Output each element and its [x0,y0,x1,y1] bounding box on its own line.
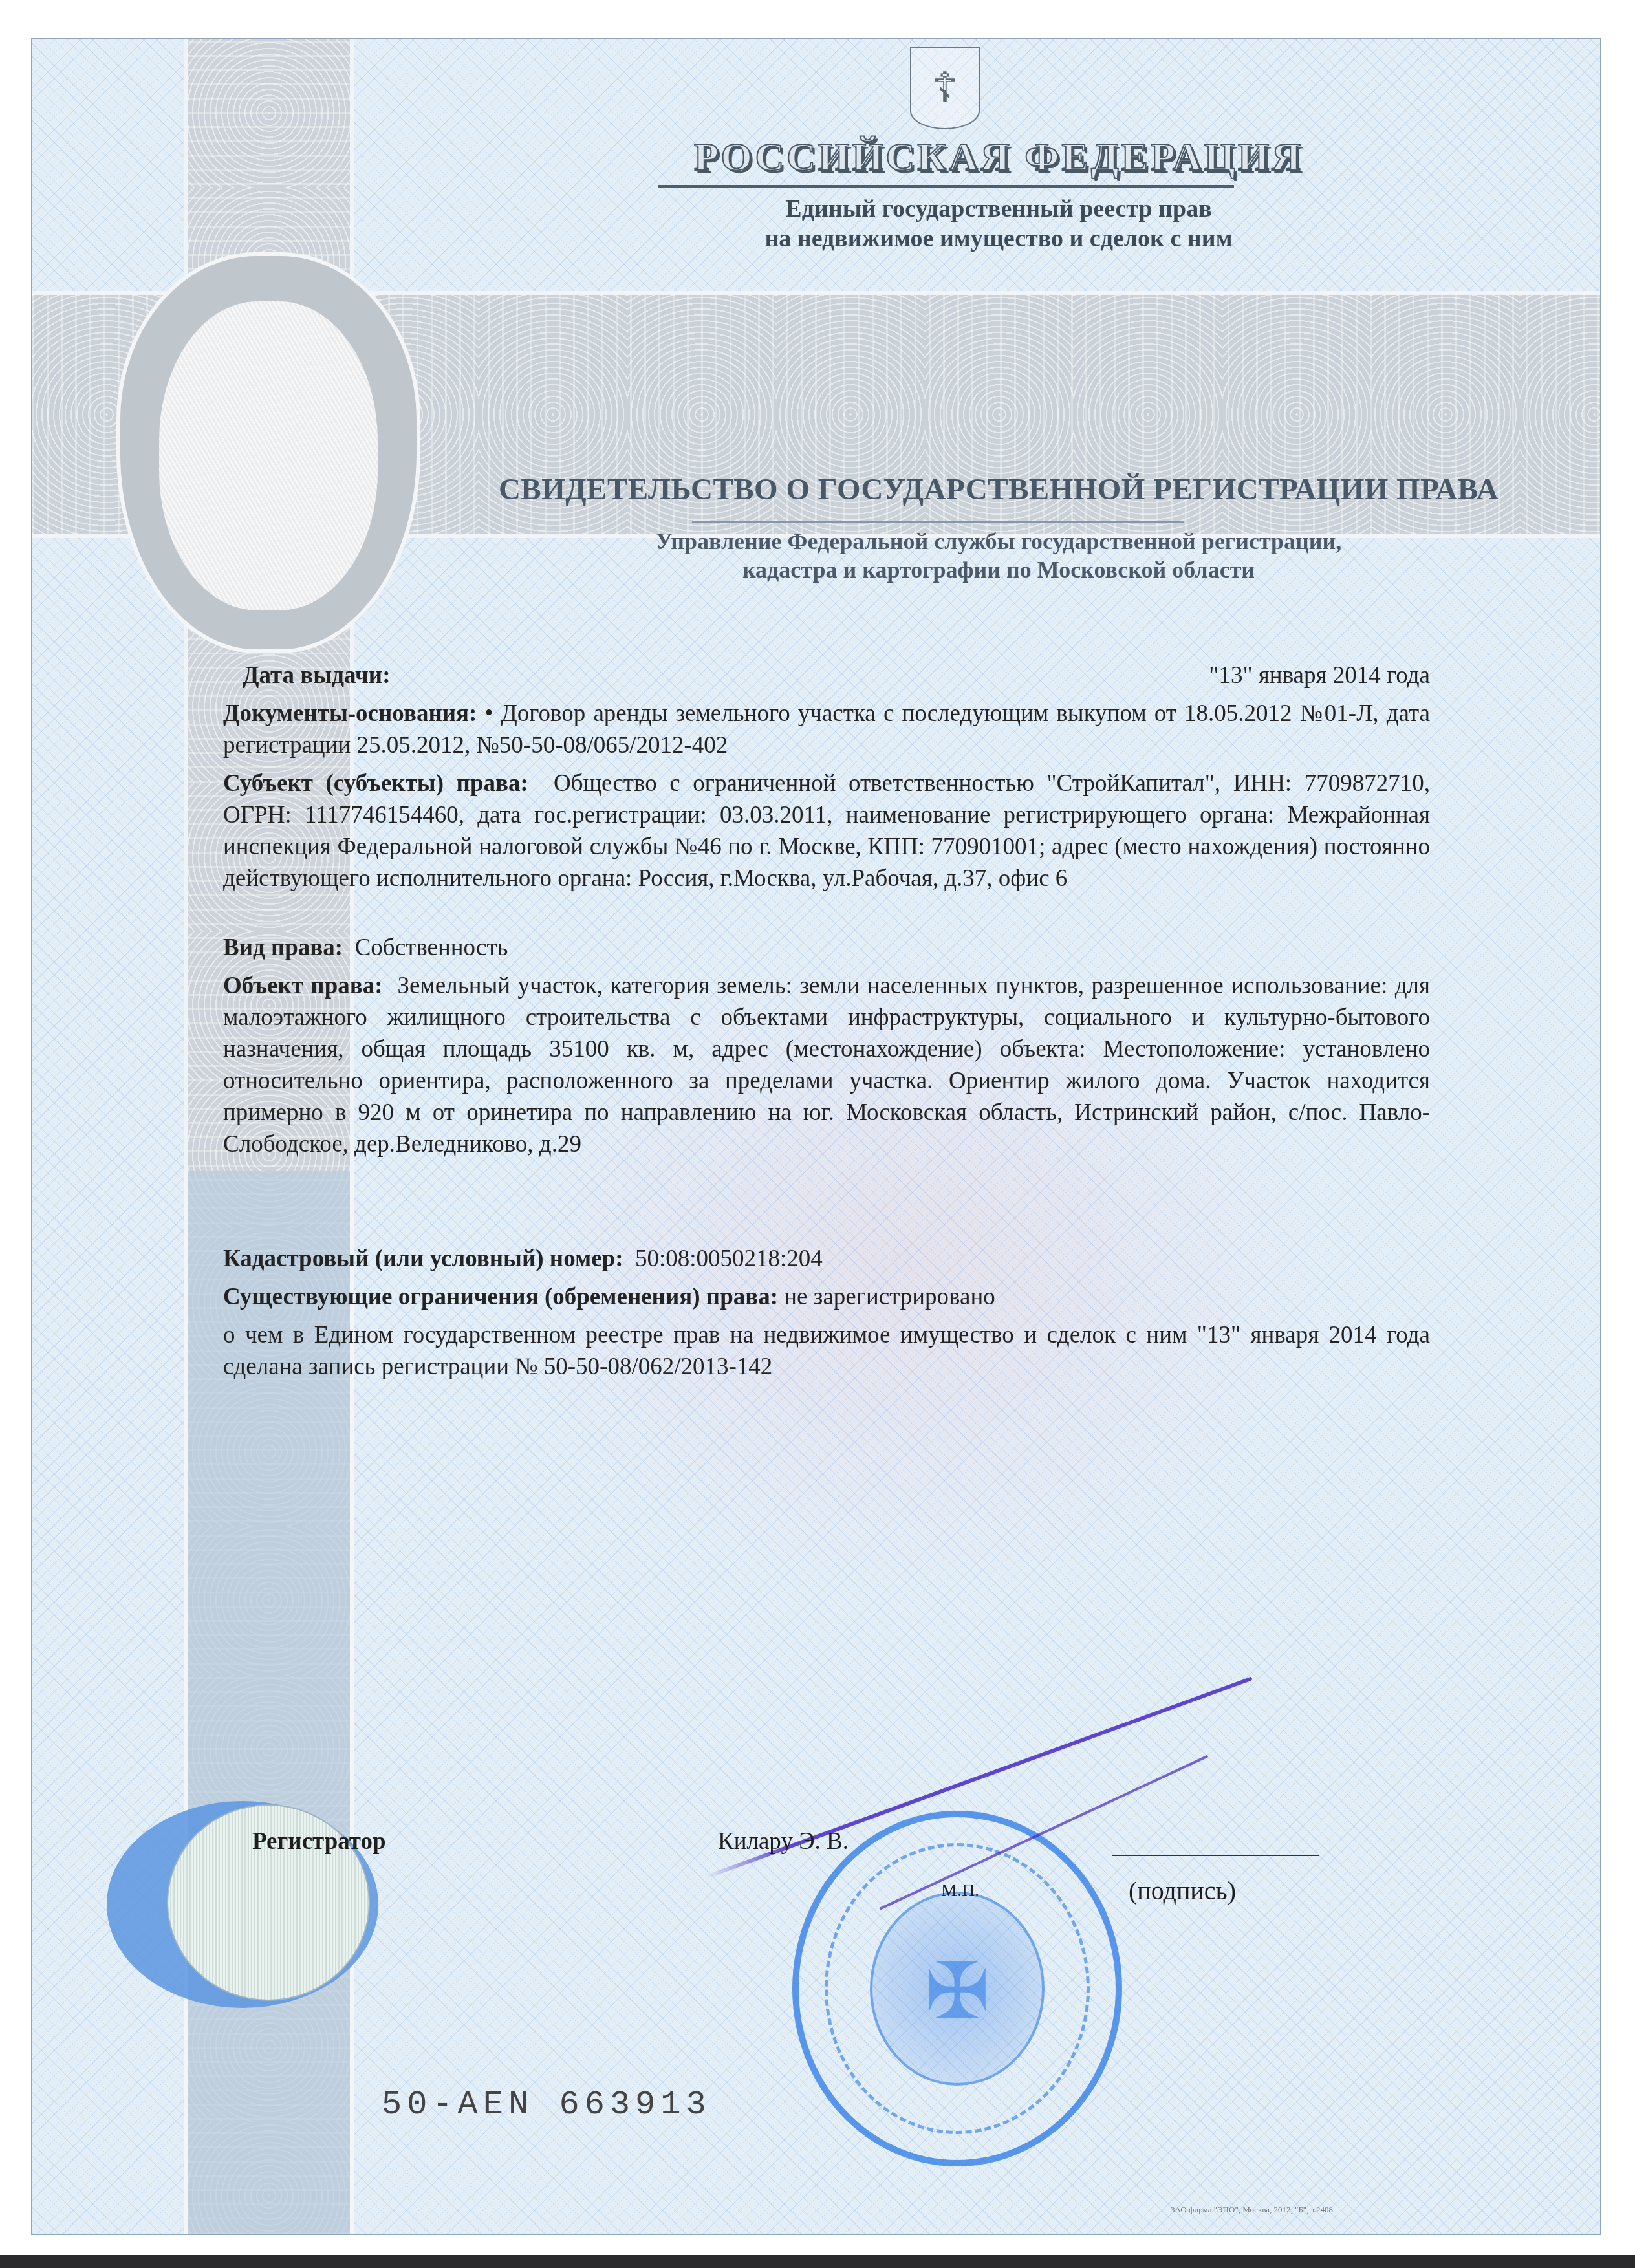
issue-date-value: "13" января 2014 года [1209,660,1430,691]
record-row: о чем в Едином государственном реестре п… [223,1319,1430,1383]
right-type-value: Собственность [355,934,508,961]
certificate-title: СВИДЕТЕЛЬСТВО О ГОСУДАРСТВЕННОЙ РЕГИСТРА… [362,472,1635,507]
right-type-row: Вид права: Собственность [223,932,1430,964]
registry-line-2: на недвижимое имущество и сделок с ним [362,224,1635,254]
signature-line [1112,1855,1319,1856]
certificate-body: Дата выдачи: "13" января 2014 года Докум… [223,660,1430,1383]
stamp-placeholder-label: М.П. [941,1881,979,1901]
registry-line-1: Единый государственный реестр прав [362,194,1635,224]
object-label: Объект права: [223,973,383,999]
cadastral-value: 50:08:0050218:204 [635,1246,823,1272]
subject-label: Субъект (субъекты) права: [223,770,528,797]
official-seal-icon: ✠ [792,1811,1122,2166]
country-title: РОССИЙСКАЯ ФЕДЕРАЦИЯ [0,135,1635,180]
cadastral-label: Кадастровый (или условный) номер: [223,1246,623,1272]
issue-date-label: Дата выдачи: [243,660,391,691]
object-row: Объект права: Земельный участок, категор… [223,970,1430,1160]
double-headed-eagle-icon: ☦ [910,47,980,129]
documents-row: Документы-основания: • Договор аренды зе… [223,698,1430,761]
registrar-label: Регистратор [252,1828,386,1855]
cadastral-row: Кадастровый (или условный) номер: 50:08:… [223,1243,1430,1275]
medallion-center [159,301,378,610]
right-type-label: Вид права: [223,934,343,961]
divider [692,521,1184,523]
seal-eagle-icon: ✠ [799,1947,1116,2036]
issuing-authority: Управление Федеральной службы государств… [362,527,1635,584]
subject-row: Субъект (субъекты) права: Общество с огр… [223,768,1430,894]
authority-line-1: Управление Федеральной службы государств… [362,527,1635,556]
scan-edge [0,2255,1635,2268]
encumbrance-label: Существующие ограничения (обременения) п… [223,1284,778,1310]
divider [658,185,1234,188]
authority-line-2: кадастра и картографии по Московской обл… [362,556,1635,584]
object-value: Земельный участок, категория земель: зем… [223,973,1430,1158]
issue-date-row: Дата выдачи: "13" января 2014 года [223,660,1430,691]
registrar-name: Килару Э. В. [718,1828,849,1855]
registry-name: Единый государственный реестр прав на не… [362,194,1635,254]
encumbrance-row: Существующие ограничения (обременения) п… [223,1281,1430,1313]
documents-label: Документы-основания: [223,700,477,727]
signature-caption: (подпись) [1129,1875,1236,1906]
guilloche-medallion [116,252,420,653]
encumbrance-value: не зарегистрировано [784,1284,995,1310]
printer-note: ЗАО фирма "ЭПО", Москва, 2012, "Б", з.24… [1171,2205,1333,2215]
serial-number: 50-AEN 663913 [382,2086,711,2124]
